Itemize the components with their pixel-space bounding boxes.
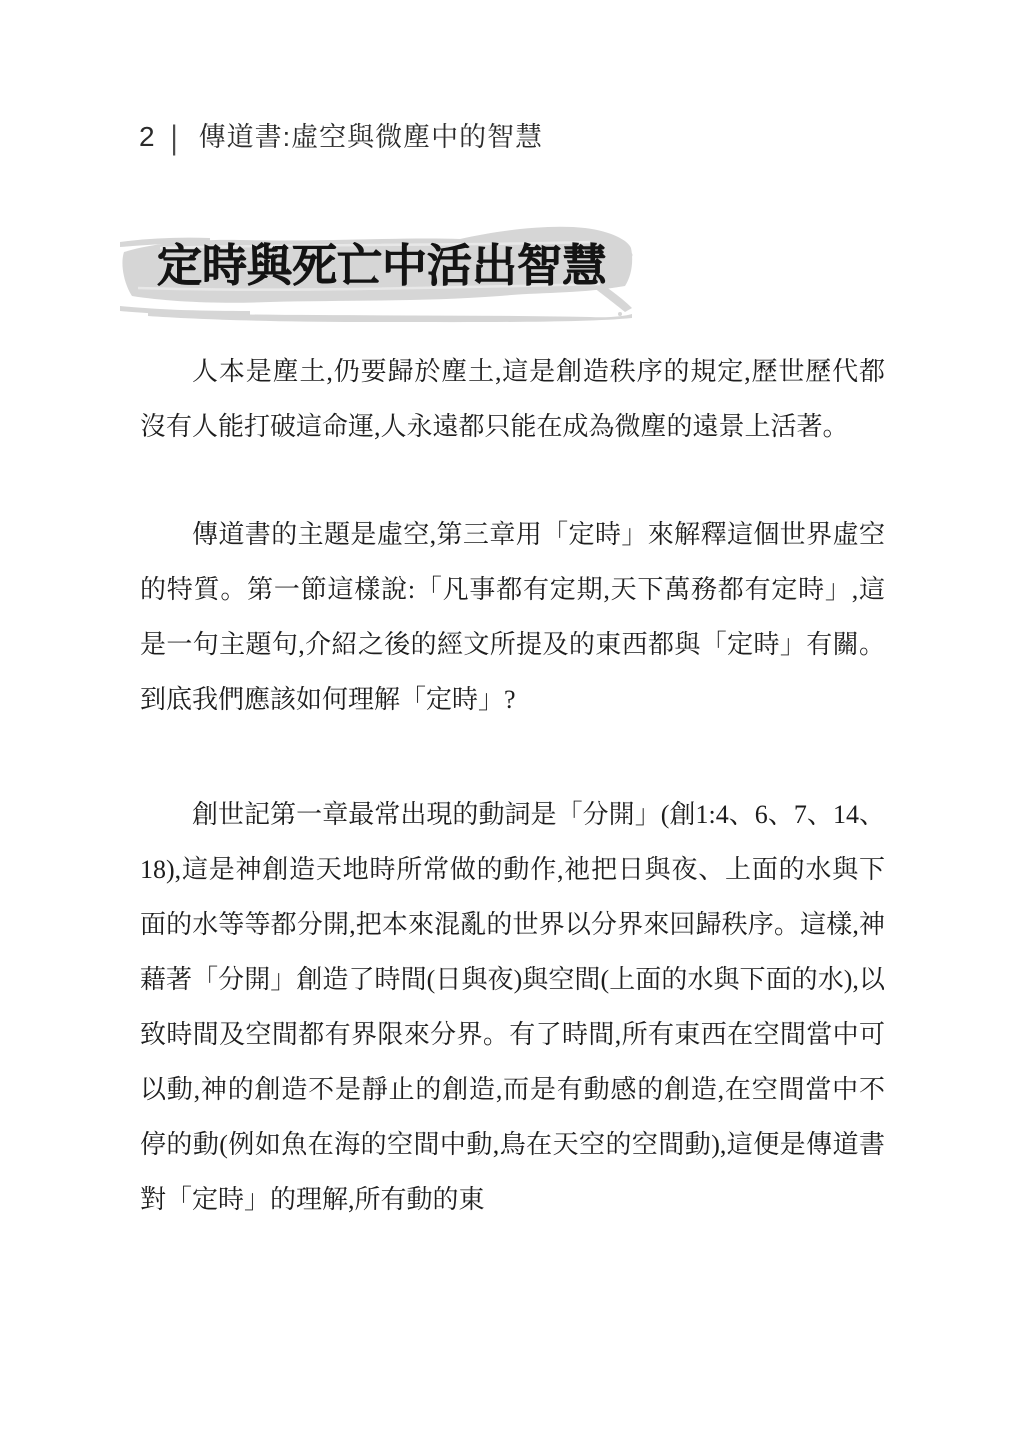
book-title: 傳道書:虛空與微塵中的智慧 — [199, 120, 544, 154]
chapter-title-block: 定時與死亡中活出智慧 — [120, 222, 636, 324]
chapter-title: 定時與死亡中活出智慧 — [157, 240, 607, 292]
paragraph-3: 創世記第一章最常出現的動詞是「分開」(創1:4、6、7、14、18),這是神創造… — [140, 787, 885, 1227]
header-divider: | — [171, 116, 179, 159]
body-text: 人本是塵土,仍要歸於塵土,這是創造秩序的規定,歷世歷代都沒有人能打破這命運,人永… — [140, 344, 885, 1227]
book-page: 2 | 傳道書:虛空與微塵中的智慧 — [0, 0, 1024, 1451]
paragraph-1: 人本是塵土,仍要歸於塵土,這是創造秩序的規定,歷世歷代都沒有人能打破這命運,人永… — [140, 344, 885, 454]
paragraph-2: 傳道書的主題是虛空,第三章用「定時」來解釋這個世界虛空的特質。第一節這樣說:「凡… — [140, 507, 885, 727]
running-header: 2 | 傳道書:虛空與微塵中的智慧 — [139, 120, 543, 154]
page-number: 2 — [139, 120, 156, 154]
